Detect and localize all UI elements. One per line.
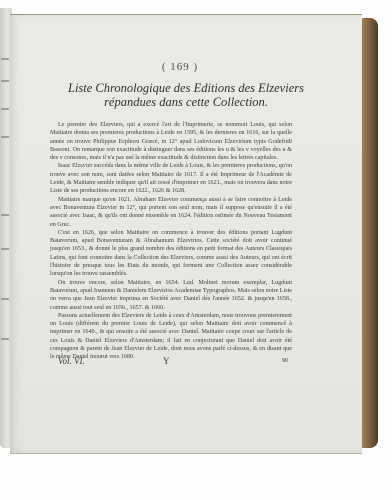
catchword: 90 [282,358,288,364]
facing-page-text-fragment [1,58,9,60]
book: ( 169 ) Liste Chronologique des Editions… [10,14,378,452]
facing-page-text-fragment [1,298,9,300]
paragraph: On trouve encore, selon Maittaire, en 16… [50,279,292,312]
page-title: Liste Chronologique des Editions des Elz… [50,81,322,109]
paragraph: Isaac Elzevier succéda dans la même vill… [50,162,292,195]
facing-page-text-fragment [1,80,9,82]
paragraph: Le premier des Elzeviers, qui a exercé l… [50,121,292,162]
signature-mark: Y [163,356,170,366]
volume-label: Vol. VI. [58,356,85,366]
paragraph: C'est en 1626, que selon Maittaire on co… [50,229,292,279]
facing-page-text-fragment [1,248,9,250]
title-line-1: Liste Chronologique des Editions des Elz… [50,81,322,95]
paragraph: Passons actuellement des Elzeviers de Le… [50,312,292,362]
page-number: ( 169 ) [130,61,230,73]
page-body: Le premier des Elzeviers, qui a exercé l… [50,121,292,362]
book-page: ( 169 ) Liste Chronologique des Editions… [10,14,362,453]
paragraph: Maittaire marque qu'en 1621. Abraham Elz… [50,196,292,229]
title-line-2: répandues dans cette Collection. [50,95,322,109]
facing-page-text-fragment [1,136,9,138]
facing-page-text-fragment [1,214,9,216]
facing-page-text-fragment [1,338,9,340]
facing-page-text-fragment [1,108,9,110]
